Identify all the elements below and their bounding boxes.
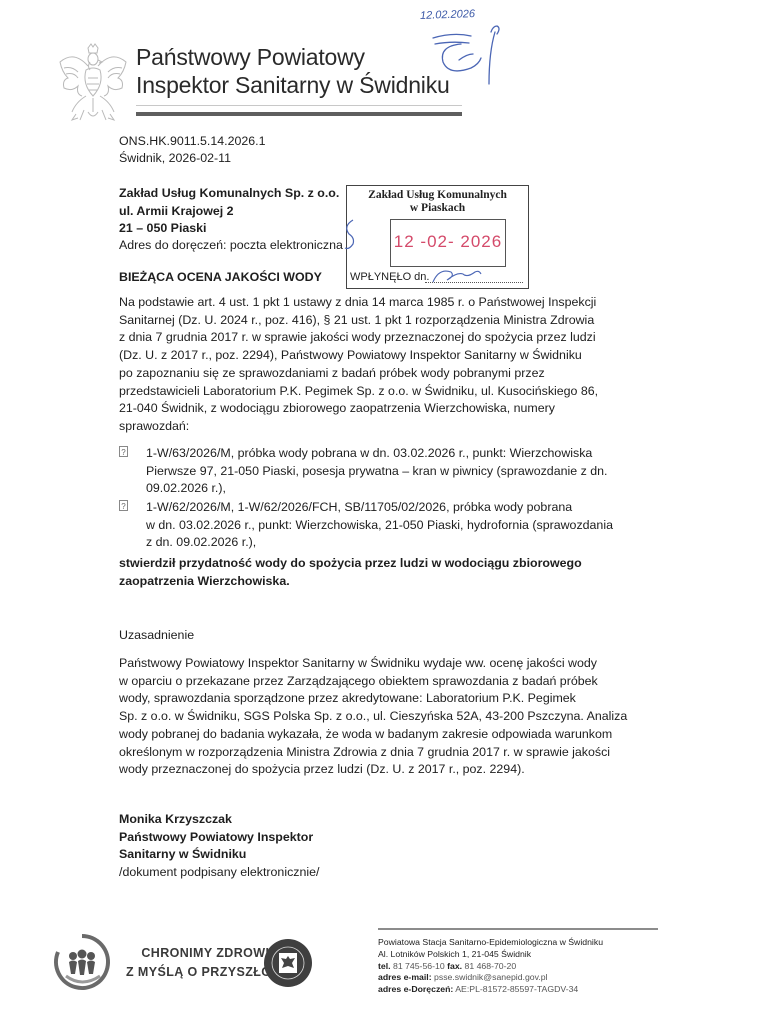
intro-line: po zapoznaniu się ze sprawozdaniami z ba…: [119, 365, 649, 383]
justification-line: wody pobranej do badania wykazała, że wo…: [119, 726, 649, 744]
intro-line: przedstawicieli Laboratorium P.K. Pegime…: [119, 383, 649, 401]
stamp-company: Zakład Usług Komunalnych w Piaskach: [347, 189, 528, 215]
missing-glyph-bullet-icon: ?: [119, 500, 128, 511]
document-heading: BIEŻĄCA OCENA JAKOŚCI WODY: [119, 269, 322, 287]
stamp-date: 12 -02- 2026: [391, 232, 505, 252]
email-label: adres e-mail:: [378, 972, 432, 982]
recipient-name: Zakład Usług Komunalnych Sp. z o.o.: [119, 185, 339, 203]
fax-label: fax.: [447, 961, 462, 971]
justification-line: określonym w rozporządzenia Ministra Zdr…: [119, 744, 649, 762]
conclusion-line: stwierdził przydatność wody do spożycia …: [119, 555, 649, 573]
tel-value: 81 745-56-10: [393, 961, 445, 971]
panstwowa-inspekcja-sanitarna-logo-icon: [262, 937, 314, 989]
received-stamp: Zakład Usług Komunalnych w Piaskach 12 -…: [346, 185, 529, 289]
justification-line: Sp. z o.o. w Świdniku, SGS Polska Sp. z …: [119, 708, 649, 726]
justification-heading: Uzasadnienie: [119, 627, 194, 645]
justification-line: wody, sprawozdania sporządzone przez akr…: [119, 690, 649, 708]
intro-line: Sanitarnej (Dz. U. 2024 r., poz. 416), §…: [119, 312, 649, 330]
justification-line: w oparciu o przekazane przez Zarządzając…: [119, 673, 649, 691]
intro-line: 21-040 Świdnik, z wodociągu zbiorowego z…: [119, 400, 649, 418]
header-rule-thin: [136, 105, 462, 106]
report-line: z dn. 09.02.2026 r.),: [146, 534, 666, 552]
fax-value: 81 468-70-20: [465, 961, 517, 971]
delivery-address: Adres do doręczeń: poczta elektroniczna: [119, 237, 343, 255]
tel-label: tel.: [378, 961, 391, 971]
stamp-company-line2: w Piaskach: [347, 202, 528, 215]
handwritten-mark-icon: [339, 216, 361, 256]
footer-contact-info: Powiatowa Stacja Sanitarno-Epidemiologic…: [378, 937, 603, 996]
signatory-title-line2: Sanitarny w Świdniku: [119, 846, 319, 864]
report-line: Pierwsze 97, 21-050 Piaski, posesja pryw…: [146, 463, 666, 481]
header-rule-thick: [136, 112, 462, 116]
footer-email: adres e-mail: psse.swidnik@sanepid.gov.p…: [378, 972, 603, 984]
polish-eagle-emblem-icon: [58, 42, 128, 128]
conclusion: stwierdził przydatność wody do spożycia …: [119, 555, 649, 590]
stamp-received-label: WPŁYNĘŁO dn.: [350, 271, 429, 283]
stamp-company-line1: Zakład Usług Komunalnych: [347, 189, 528, 202]
intro-line: Na podstawie art. 4 ust. 1 pkt 1 ustawy …: [119, 294, 649, 312]
footer-institution: Powiatowa Stacja Sanitarno-Epidemiologic…: [378, 937, 603, 949]
intro-paragraph: Na podstawie art. 4 ust. 1 pkt 1 ustawy …: [119, 294, 649, 436]
intro-line: (Dz. U. z 2017 r., poz. 2294), Państwowy…: [119, 347, 649, 365]
document-place-date: Świdnik, 2026-02-11: [119, 150, 231, 168]
recipient-postal-city: 21 – 050 Piaski: [119, 220, 339, 238]
intro-line: sprawozdań:: [119, 418, 649, 436]
justification-line: wody przeznaczonej do spożycia przez lud…: [119, 761, 649, 779]
intro-line: z dnia 7 grudnia 2017 r. w sprawie jakoś…: [119, 329, 649, 347]
justification-line: Państwowy Powiatowy Inspektor Sanitarny …: [119, 655, 649, 673]
footer-address: Al. Lotników Polskich 1, 21-045 Świdnik: [378, 949, 603, 961]
reference-number: ONS.HK.9011.5.14.2026.1: [119, 133, 266, 151]
report-line: 09.02.2026 r.),: [146, 480, 666, 498]
header-title-line1: Państwowy Powiatowy: [136, 44, 365, 71]
recipient-street: ul. Armii Krajowej 2: [119, 203, 339, 221]
stamp-initials-icon: [429, 264, 489, 286]
handwritten-signature-icon: [425, 20, 520, 85]
signatory-name: Monika Krzyszczak: [119, 811, 319, 829]
people-circle-logo-icon: [52, 932, 112, 992]
signature-note: /dokument podpisany elektronicznie/: [119, 864, 319, 882]
stamp-date-box: 12 -02- 2026: [390, 219, 506, 267]
justification-paragraph: Państwowy Powiatowy Inspektor Sanitarny …: [119, 655, 649, 779]
report-line: 1-W/62/2026/M, 1-W/62/2026/FCH, SB/11705…: [146, 499, 666, 517]
edelivery-label: adres e-Doręczeń:: [378, 984, 453, 994]
header-title-line2: Inspektor Sanitarny w Świdniku: [136, 72, 450, 99]
edelivery-value: AE:PL-81572-85597-TAGDV-34: [455, 984, 578, 994]
missing-glyph-bullet-icon: ?: [119, 446, 128, 457]
email-link[interactable]: psse.swidnik@sanepid.gov.pl: [434, 972, 547, 982]
recipient-address: Zakład Usług Komunalnych Sp. z o.o. ul. …: [119, 185, 339, 238]
report-line: 1-W/63/2026/M, próbka wody pobrana w dn.…: [146, 445, 666, 463]
conclusion-line: zaopatrzenia Wierzchowiska.: [119, 573, 649, 591]
signatory-title-line1: Państwowy Powiatowy Inspektor: [119, 829, 319, 847]
report-line: w dn. 03.02.2026 r., punkt: Wierzchowisk…: [146, 517, 666, 535]
footer-rule: [378, 928, 658, 930]
signature-block: Monika Krzyszczak Państwowy Powiatowy In…: [119, 811, 319, 881]
footer-phone-fax: tel. 81 745-56-10 fax. 81 468-70-20: [378, 961, 603, 973]
footer-edelivery: adres e-Doręczeń: AE:PL-81572-85597-TAGD…: [378, 984, 603, 996]
